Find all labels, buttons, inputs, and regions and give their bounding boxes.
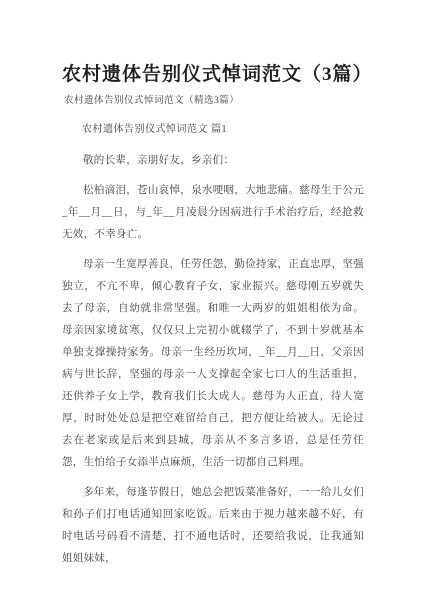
document-body: 农村遗体告别仪式悼词范文（3篇） 农村遗体告别仪式悼词范文（精选3篇） 农村遗体… — [0, 0, 424, 570]
paragraph: 松柏滴泪，苍山哀悼，泉水哽咽，大地悲痛。慈母生于公元_年__月__日，与_年__… — [62, 180, 364, 246]
document-subtitle: 农村遗体告别仪式悼词范文（精选3篇） — [64, 95, 364, 107]
greeting-line: 敬的长辈，亲朋好友，乡亲们： — [62, 150, 364, 172]
document-title: 农村遗体告别仪式悼词范文（3篇） — [62, 64, 364, 86]
document-page: 农村遗体告别仪式悼词范文（3篇） 农村遗体告别仪式悼词范文（精选3篇） 农村遗体… — [0, 0, 424, 600]
document-text: 敬的长辈，亲朋好友，乡亲们： 松柏滴泪，苍山哀悼，泉水哽咽，大地悲痛。慈母生于公… — [62, 150, 364, 570]
section-heading: 农村遗体告别仪式悼词范文 篇1 — [62, 124, 364, 136]
paragraph: 多年来，每逢节假日，她总会把饭菜准备好，一一给儿女们和孙子们打电话通知回家吃饭。… — [62, 482, 364, 570]
paragraph: 母亲一生宽厚善良，任劳任怨，勤俭持家，正直忠厚，坚强独立，不亢不卑，倾心教育子女… — [62, 254, 364, 474]
